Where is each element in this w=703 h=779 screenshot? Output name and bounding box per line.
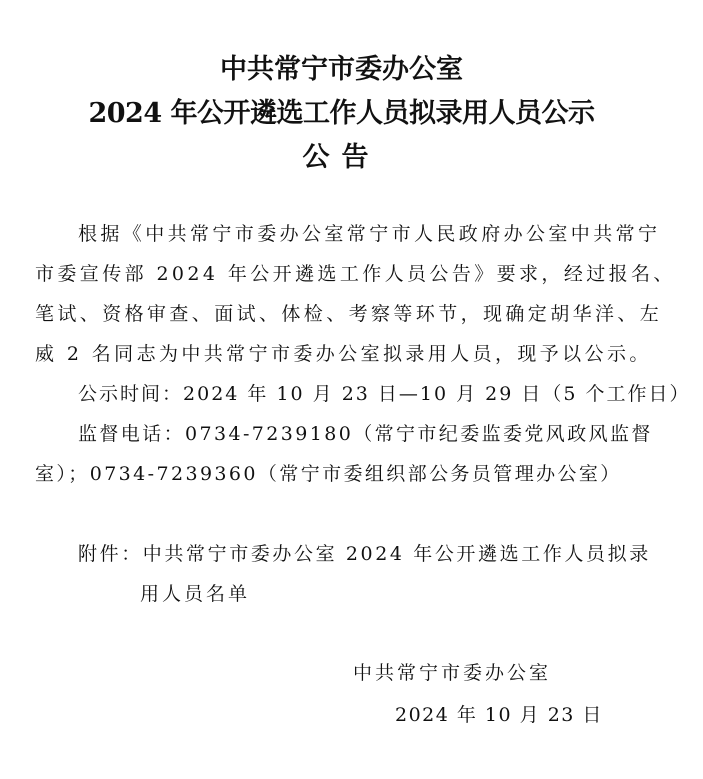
attachment-line-1: 附件：中共常宁市委办公室 2024 年公开遴选工作人员拟录 bbox=[78, 545, 651, 564]
publicity-period-label: 公示时间： bbox=[78, 383, 183, 405]
signature-organization: 中共常宁市委办公室 bbox=[353, 664, 551, 683]
supervision-phone-line-2: 室）；0734-7239360（常宁市委组织部公务员管理办公室） bbox=[35, 465, 622, 484]
publicity-period-value: 2024 年 10 月 23 日—10 月 29 日（5 个工作日） bbox=[183, 383, 691, 405]
title-notice: 公告 bbox=[0, 144, 693, 171]
attachment-line-2: 用人员名单 bbox=[140, 585, 250, 604]
title-subject: 2024 年公开遴选工作人员拟录用人员公示 bbox=[0, 100, 693, 127]
publicity-period: 公示时间：2024 年 10 月 23 日—10 月 29 日（5 个工作日） bbox=[78, 385, 691, 404]
body-line-4: 威 2 名同志为中共常宁市委办公室拟录用人员，现予以公示。 bbox=[35, 345, 652, 364]
signature-date: 2024 年 10 月 23 日 bbox=[395, 706, 603, 725]
body-line-3: 笔试、资格审查、面试、体检、考察等环节，现确定胡华洋、左 bbox=[35, 305, 662, 324]
body-line-1: 根据《中共常宁市委办公室常宁市人民政府办公室中共常宁 bbox=[78, 225, 660, 244]
body-line-2: 市委宣传部 2024 年公开遴选工作人员公告》要求，经过报名、 bbox=[35, 265, 676, 284]
title-organization: 中共常宁市委办公室 bbox=[0, 56, 693, 83]
supervision-phone-line-1: 监督电话：0734-7239180（常宁市纪委监委党风政风监督 bbox=[78, 425, 653, 444]
